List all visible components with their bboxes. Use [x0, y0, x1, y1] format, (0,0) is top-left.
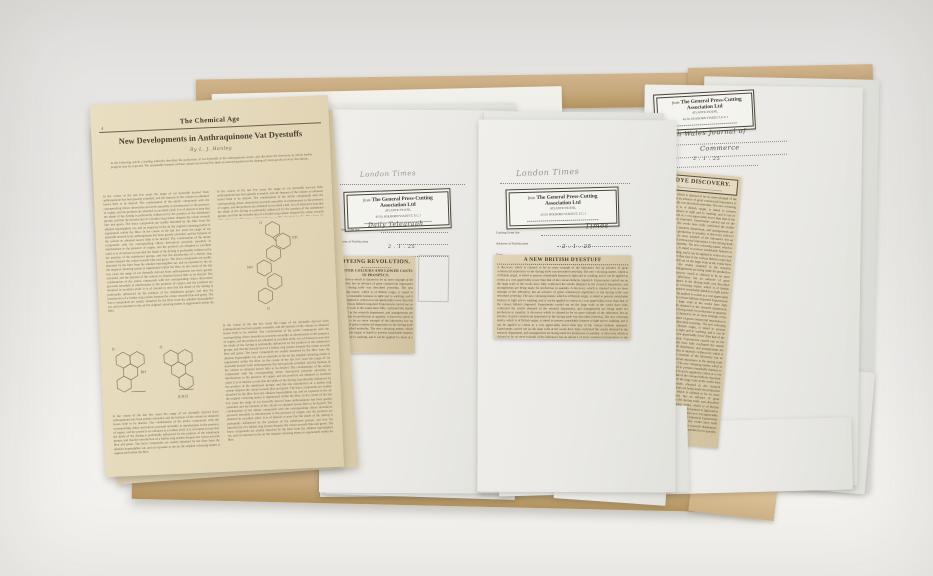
chem-label-oh: OH: [292, 235, 298, 239]
stamp-from-word: from: [671, 100, 679, 105]
chem-label-nh: NH: [247, 265, 253, 269]
stamp-address-2: 45-50, HOLBORN VIADUCT, E.C.1: [537, 212, 588, 217]
column-text: In the course of the last few years the …: [223, 319, 334, 442]
handwritten-date-page2: 2 . 1 . 25: [388, 244, 415, 250]
stamp-address-2: 45-50, HOLBORN VIADUCT, E.C.1: [682, 115, 727, 121]
handwritten-cutting-from-page3: Times: [585, 222, 609, 231]
article-columns: In the course of the last few years the …: [103, 185, 335, 466]
chem-label-ch3: (CH3): [178, 394, 189, 398]
stamp-address-1: ATLANTIC HOUSE,: [537, 206, 588, 211]
stamp-phone-rule: [674, 123, 737, 127]
article-column-left: In the course of the last few years the …: [103, 190, 221, 466]
chem-label-o: O: [267, 307, 270, 311]
chem-label-o: O: [160, 345, 163, 349]
form-label: Address of Publication: [496, 242, 528, 246]
clipping-headline: A NEW BRITISH DYESTUFF: [497, 257, 628, 266]
column-text: In the course of the last few years the …: [113, 410, 221, 456]
clipping-body-text: A discovery which is claimed to be no me…: [497, 266, 628, 339]
chemical-structure-diagram: O OH NH O: [235, 216, 311, 323]
photograph-of-press-cuttings: from The General Press-Cutting Associati…: [0, 0, 933, 576]
column-text: In the course of the last few years the …: [217, 185, 324, 220]
clipping-body: A discovery which is claimed to be no me…: [338, 278, 413, 341]
ruled-line: [500, 182, 630, 184]
stamp-from-word: from: [527, 196, 534, 201]
headline-subrule: [361, 266, 391, 268]
clipping-subhead: FASTER COLOURS AND LOWER COSTS IN PROSPE…: [339, 269, 413, 278]
clipping-new-british-dyestuff: A NEW BRITISH DYESTUFF A discovery which…: [494, 255, 631, 340]
handwritten-source-line2: Commerce: [700, 143, 740, 152]
stamp-address-1: ATLANTIC HOUSE,: [373, 208, 421, 213]
form-label: Cutting from the: [496, 231, 519, 235]
handwritten-date-page3: 2 . 1 . 25: [562, 244, 592, 250]
column-text: In the course of the last few years the …: [103, 190, 214, 313]
stamp-address-2: 45-50, HOLBORN VIADUCT, E.C.1: [374, 214, 422, 219]
chem-label-nh: NH: [141, 370, 147, 374]
clipping-headline: DYEING REVOLUTION.: [338, 259, 413, 266]
pencil-outline-box: [418, 255, 450, 303]
chem-label-o: O: [259, 221, 262, 225]
stamp-from-word: from: [363, 198, 370, 203]
handwritten-date-right: 2 . 1 . 25: [693, 156, 720, 162]
form-blank: [381, 231, 448, 233]
clipping-body: A discovery which is claimed to be no me…: [497, 266, 628, 339]
article-column-right: In the course of the last few years the …: [217, 185, 335, 461]
form-row-cutting-from: Cutting from the: [496, 229, 631, 236]
article-abstract: In the following article a leading autho…: [110, 153, 313, 190]
chem-label-o: O: [112, 348, 115, 352]
abstract-text: In the following article a leading autho…: [110, 153, 312, 170]
clipping-body-text: A discovery which is claimed to be no me…: [338, 278, 413, 341]
form-blank: [541, 234, 631, 236]
chemical-age-page: 4 The Chemical Age New Developments in A…: [90, 95, 344, 477]
chemical-structure-diagram: O NH O (CH3): [109, 340, 212, 414]
pencil-note-page2: London Times: [360, 169, 416, 178]
ruled-line: [340, 183, 465, 185]
stamp-address-1: ATLANTIC HOUSE,: [682, 110, 727, 116]
